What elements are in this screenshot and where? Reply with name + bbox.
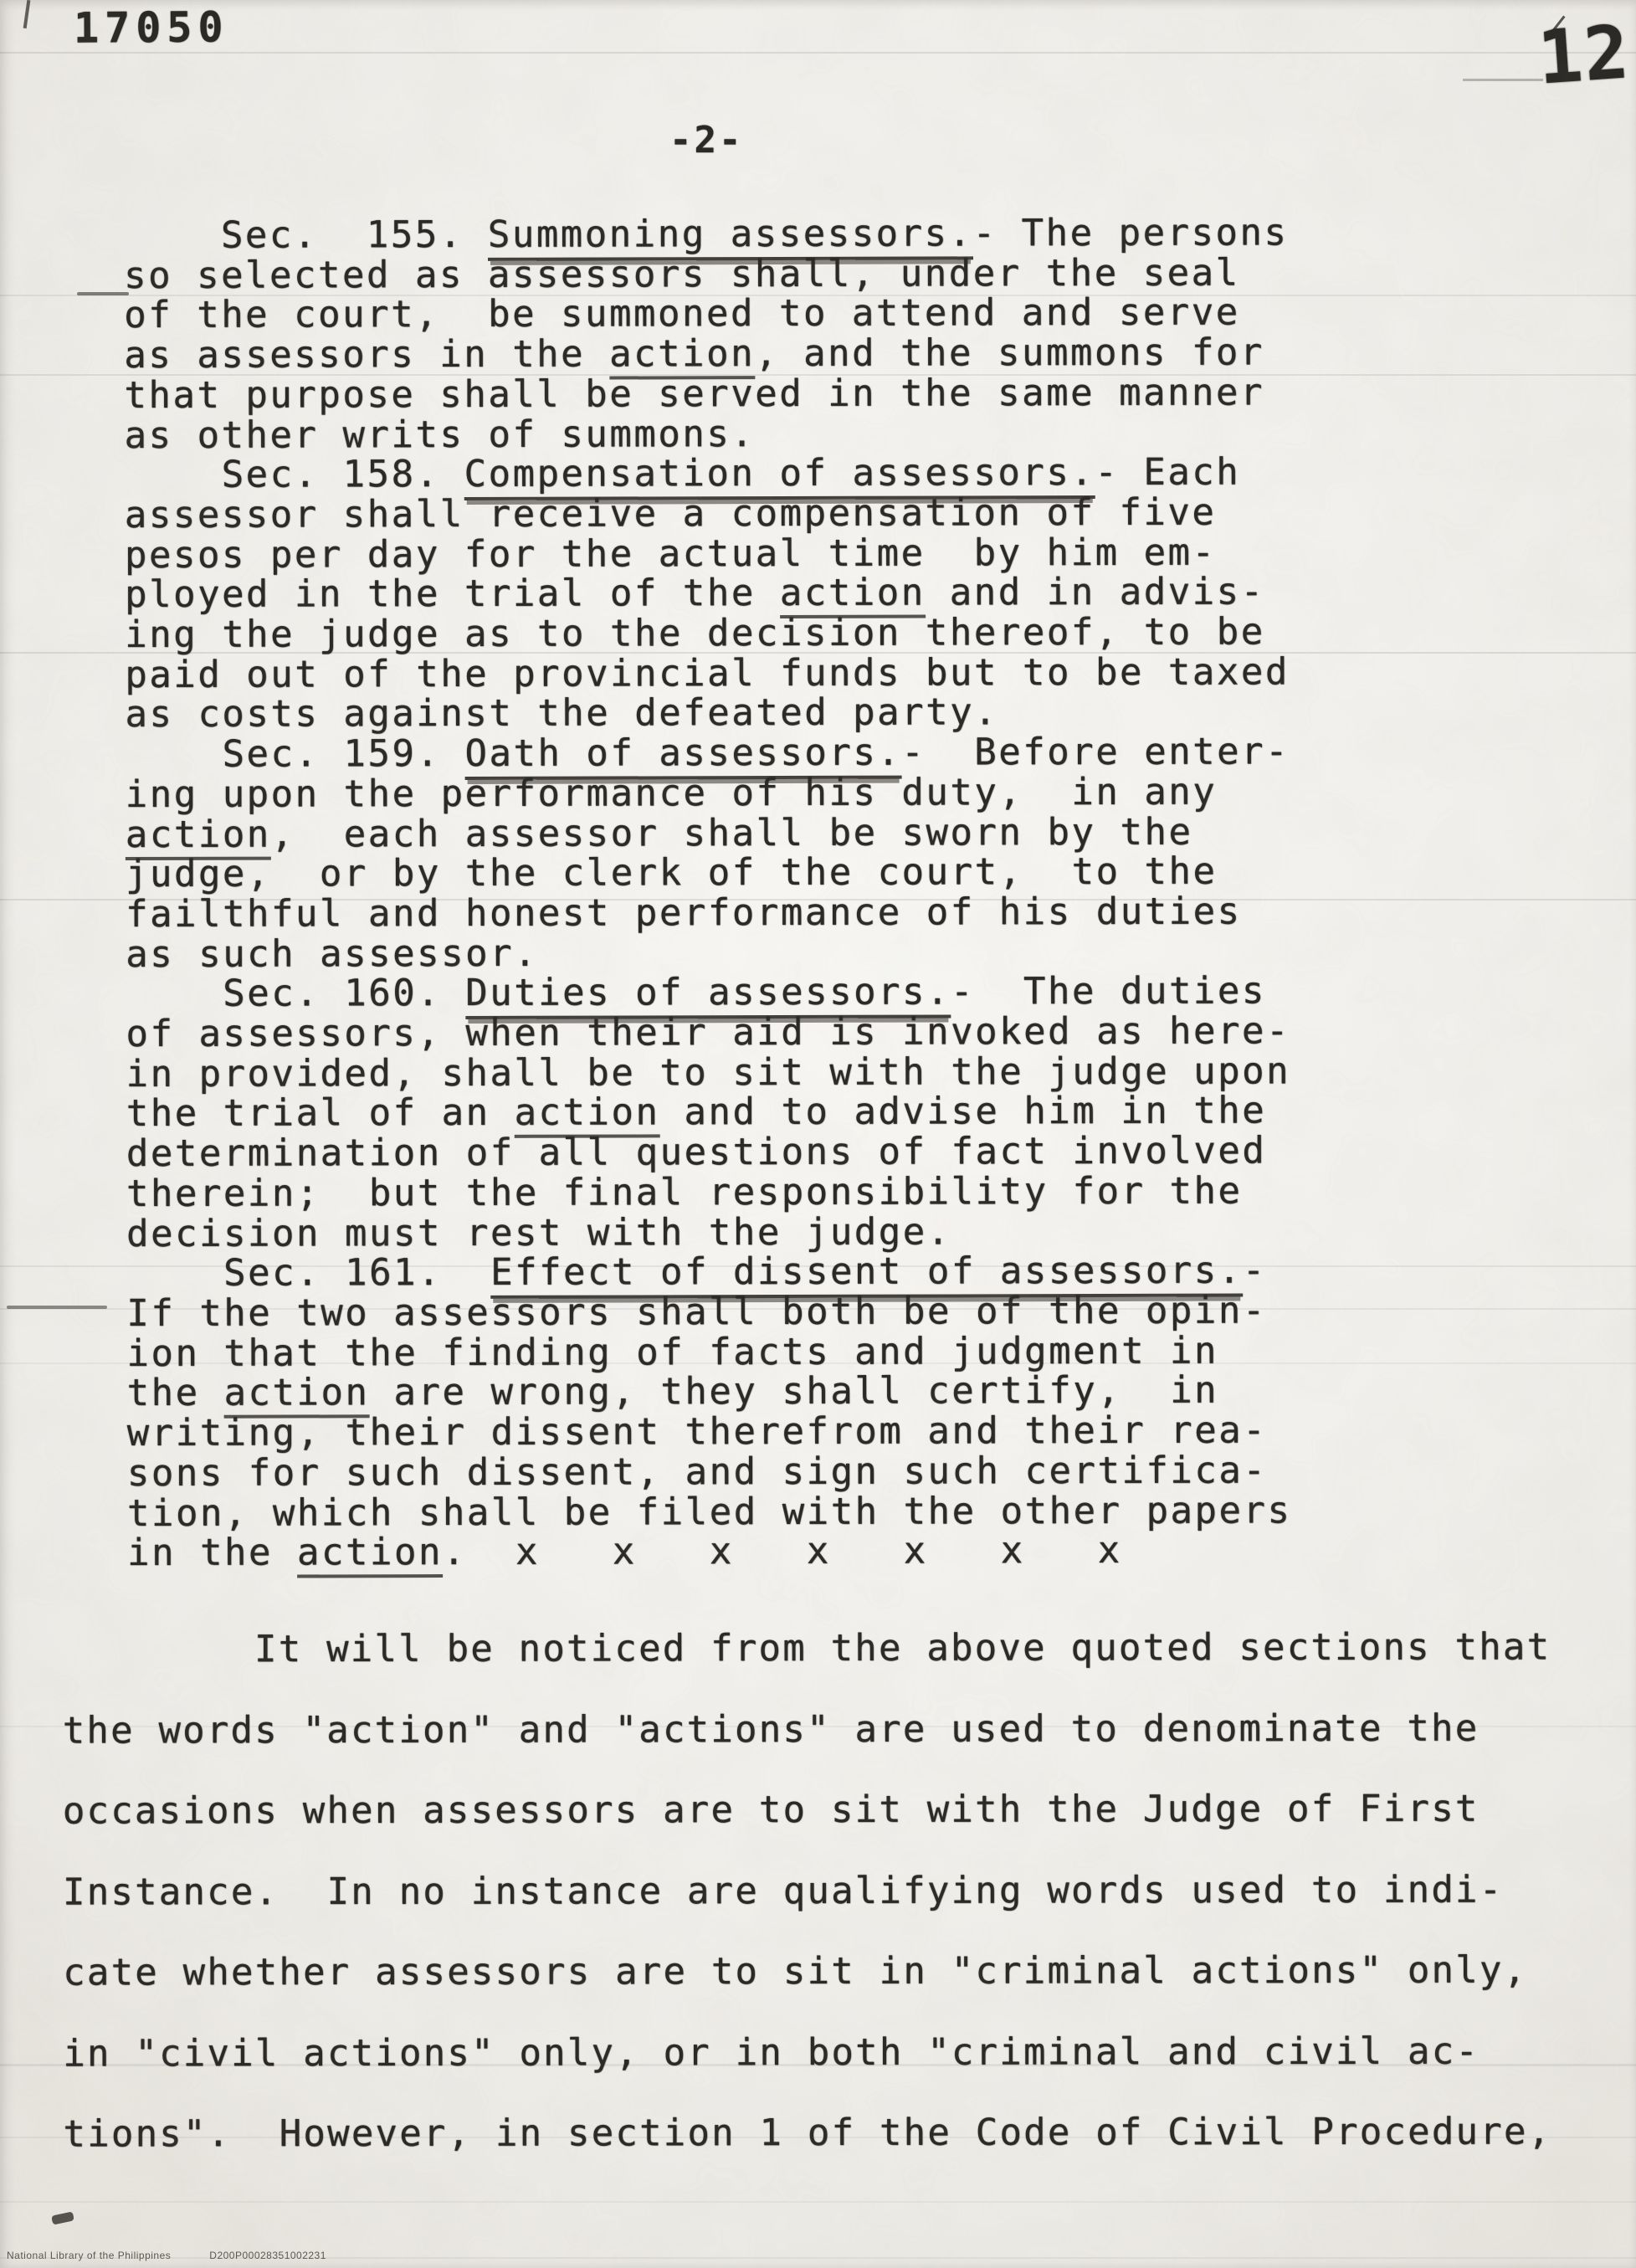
quoted-text: - Before enter- — [901, 731, 1290, 774]
paragraph-line: the words "action" and "actions" are use… — [63, 1688, 1594, 1772]
quoted-line: Sec. 158. Compensation of assessors.- Ea… — [125, 452, 1430, 495]
paragraph-line: occasions when assessors are to sit with… — [63, 1768, 1594, 1852]
quoted-line: sons for such dissent, and sign such cer… — [127, 1450, 1433, 1494]
corner-tick — [23, 0, 31, 28]
quoted-text: - Each — [1095, 451, 1240, 494]
quoted-line: therein; but the final responsibility fo… — [126, 1171, 1432, 1214]
quoted-line: Sec. 161. Effect of dissent of assessors… — [126, 1250, 1432, 1294]
quoted-line: If the two assessors shall both be of th… — [126, 1291, 1432, 1334]
paragraph-line: Instance. In no instance are qualifying … — [63, 1850, 1594, 1933]
quoted-line: ing the judge as to the decision thereof… — [125, 612, 1430, 655]
quoted-text: paid out of the provincial funds but to … — [125, 650, 1290, 696]
quoted-text: so selected as assessors shall, under th… — [124, 251, 1240, 296]
document-page: 17050 12 -2- Sec. 155. Summoning assesso… — [0, 0, 1636, 2268]
library-code: D200P00028351002231 — [209, 2250, 326, 2261]
quoted-line: failthful and honest performance of his … — [126, 891, 1431, 935]
page-number-handwritten: 12 — [1536, 8, 1633, 100]
quoted-text: that purpose shall be served in the same… — [124, 371, 1264, 417]
quoted-sections-block: Sec. 155. Summoning assessors.- The pers… — [124, 213, 1433, 1573]
quoted-text: as assessors in the — [124, 333, 609, 377]
quoted-text: therein; but the final responsibility fo… — [126, 1169, 1243, 1214]
paragraph-line: tions". However, in section 1 of the Cod… — [63, 2091, 1594, 2175]
scan-streak — [0, 2201, 1636, 2203]
quoted-line: judge, or by the clerk of the court, to … — [126, 851, 1431, 895]
quoted-line: Sec. 160. Duties of assessors.- The duti… — [126, 971, 1431, 1014]
quoted-text: , each assessor shall be sworn by the — [271, 810, 1193, 855]
quoted-text: as other writs of summons. — [124, 413, 755, 457]
quoted-line: that purpose shall be served in the same… — [124, 372, 1429, 416]
quoted-text: of the court, be summoned to attend and … — [124, 291, 1240, 336]
quoted-text: in the — [127, 1532, 297, 1575]
scan-streak — [1463, 79, 1543, 81]
quoted-text: ing upon the performance of his duty, in… — [126, 770, 1218, 815]
quoted-line: as other writs of summons. — [125, 412, 1430, 455]
quoted-text: - — [1243, 1249, 1267, 1292]
quoted-line: as such assessor. — [126, 931, 1431, 975]
quoted-text: are wrong, they shall certify, in — [369, 1369, 1218, 1414]
quoted-text: Sec. 159. — [125, 732, 464, 776]
quoted-text: as costs against the defeated party. — [125, 691, 998, 736]
quoted-line: ing upon the performance of his duty, in… — [126, 772, 1431, 815]
ink-blot — [51, 2211, 74, 2224]
quoted-text: decision must rest with the judge. — [126, 1210, 951, 1255]
quoted-text: ion that the finding of facts and judgme… — [126, 1329, 1218, 1374]
library-name: National Library of the Philippines — [7, 2250, 171, 2261]
paragraph-line: It will be noticed from the above quoted… — [62, 1607, 1593, 1691]
quoted-text: , and the summons for — [755, 331, 1264, 376]
quoted-text: writing, their dissent therefrom and the… — [127, 1409, 1268, 1455]
quoted-line: Sec. 155. Summoning assessors.- The pers… — [124, 213, 1429, 256]
quoted-line: as costs against the defeated party. — [125, 691, 1430, 735]
underlined-term: action — [297, 1531, 443, 1578]
quoted-text: sons for such dissent, and sign such cer… — [127, 1449, 1268, 1495]
margin-dash — [7, 1306, 107, 1309]
quoted-line: Sec. 159. Oath of assessors.- Before ent… — [126, 731, 1431, 775]
quoted-line: assessor shall receive a compensation of… — [125, 492, 1430, 536]
quoted-text: tion, which shall be filed with the othe… — [127, 1489, 1292, 1535]
quoted-text: failthful and honest performance of his … — [126, 890, 1242, 936]
paragraph-line: in "civil actions" only, or in both "cri… — [63, 2011, 1594, 2095]
quoted-text: in provided, shall be to sit with the ju… — [126, 1049, 1290, 1096]
paragraph-line: cate whether assessors are to sit in "cr… — [63, 1930, 1594, 2014]
quoted-text: pesos per day for the actual time by him… — [125, 531, 1217, 576]
quoted-text: assessor shall receive a compensation of… — [125, 491, 1217, 536]
quoted-line: decision must rest with the judge. — [126, 1211, 1432, 1255]
quoted-text: Sec. 155. — [124, 213, 488, 257]
quoted-text: and to advise him in the — [659, 1090, 1266, 1134]
document-number: 17050 — [74, 3, 229, 52]
quoted-line: the trial of an action and to advise him… — [126, 1090, 1432, 1134]
quoted-text: If the two assessors shall both be of th… — [126, 1289, 1267, 1335]
quoted-text: . x x x x x x x — [443, 1529, 1122, 1573]
quoted-text: of assessors, when their aid is invoked … — [126, 1009, 1290, 1055]
quoted-text: ing the judge as to the decision thereof… — [125, 611, 1265, 657]
quoted-line: ployed in the trial of the action and in… — [125, 572, 1430, 615]
quoted-text: the — [126, 1372, 223, 1414]
quoted-line: paid out of the provincial funds but to … — [125, 652, 1430, 695]
quoted-line: ion that the finding of facts and judgme… — [126, 1331, 1432, 1374]
quoted-text: Sec. 160. — [126, 972, 465, 1015]
quoted-text: Sec. 158. — [125, 453, 464, 496]
quoted-text: and in advis- — [926, 571, 1265, 614]
scan-streak — [0, 52, 1636, 54]
quoted-text: ployed in the trial of the — [125, 572, 780, 616]
closing-paragraph: It will be noticed from the above quoted… — [62, 1607, 1594, 2175]
quoted-line: of assessors, when their aid is invoked … — [126, 1011, 1431, 1054]
margin-dash — [77, 292, 129, 295]
quoted-line: as assessors in the action, and the summ… — [124, 332, 1429, 376]
quoted-text: judge, or by the clerk of the court, to … — [126, 850, 1218, 895]
quoted-text: Sec. 161. — [126, 1251, 490, 1295]
quoted-line: the action are wrong, they shall certify… — [127, 1370, 1433, 1414]
quoted-line: determination of all questions of fact i… — [126, 1131, 1432, 1174]
quoted-text: - The persons — [973, 211, 1289, 254]
quoted-line: in the action. x x x x x x x — [127, 1530, 1433, 1573]
quoted-line: of the court, be summoned to attend and … — [124, 292, 1429, 336]
quoted-line: pesos per day for the actual time by him… — [125, 532, 1430, 576]
quoted-text: determination of all questions of fact i… — [126, 1130, 1267, 1176]
quoted-text: the trial of an — [126, 1091, 515, 1135]
quoted-line: action, each assessor shall be sworn by … — [126, 812, 1431, 855]
page-number-typed: -2- — [669, 119, 743, 162]
library-stamp: National Library of the PhilippinesD200P… — [7, 2250, 365, 2261]
quoted-line: writing, their dissent therefrom and the… — [127, 1410, 1433, 1454]
quoted-line: in provided, shall be to sit with the ju… — [126, 1051, 1432, 1095]
quoted-text: as such assessor. — [126, 931, 538, 975]
quoted-line: tion, which shall be filed with the othe… — [127, 1490, 1433, 1533]
quoted-text: - The duties — [951, 970, 1266, 1013]
quoted-line: so selected as assessors shall, under th… — [124, 253, 1429, 296]
